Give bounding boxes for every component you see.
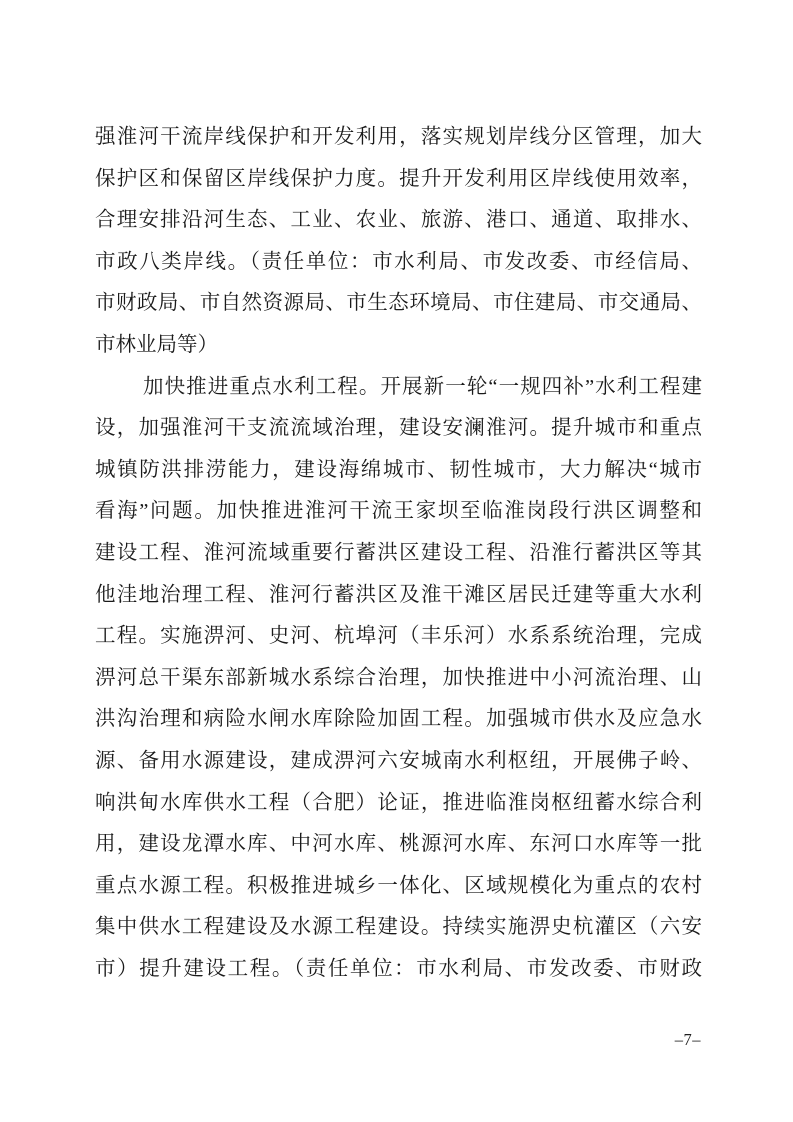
text-line: 淠河总干渠东部新城水系综合治理，加快推进中小河流治理、山 [95, 658, 702, 700]
text-line: 看海”问题。加快推进淮河干流王家坝至临淮岗段行洪区调整和 [95, 491, 702, 533]
text-line: 用，建设龙潭水库、中河水库、桃源河水库、东河口水库等一批 [95, 824, 702, 866]
text-line: 加快推进重点水利工程。开展新一轮“一规四补”水利工程建 [95, 367, 702, 409]
paragraph: 强淮河干流岸线保护和开发利用，落实规划岸线分区管理，加大保护区和保留区岸线保护力… [95, 117, 702, 367]
text-line: 市政八类岸线。（责任单位：市水利局、市发改委、市经信局、 [95, 242, 702, 284]
text-line: 强淮河干流岸线保护和开发利用，落实规划岸线分区管理，加大 [95, 117, 702, 159]
text-line: 合理安排沿河生态、工业、农业、旅游、港口、通道、取排水、 [95, 200, 702, 242]
text-line: 保护区和保留区岸线保护力度。提升开发利用区岸线使用效率， [95, 159, 702, 201]
text-line: 集中供水工程建设及水源工程建设。持续实施淠史杭灌区（六安 [95, 907, 702, 949]
document-page: 强淮河干流岸线保护和开发利用，落实规划岸线分区管理，加大保护区和保留区岸线保护力… [0, 0, 793, 1122]
text-line: 市财政局、市自然资源局、市生态环境局、市住建局、市交通局、 [95, 283, 702, 325]
text-line: 他洼地治理工程、淮河行蓄洪区及淮干滩区居民迁建等重大水利 [95, 575, 702, 617]
text-line: 重点水源工程。积极推进城乡一体化、区域规模化为重点的农村 [95, 866, 702, 908]
text-line: 城镇防洪排涝能力，建设海绵城市、韧性城市，大力解决“城市 [95, 450, 702, 492]
text-line: 洪沟治理和病险水闸水库除险加固工程。加强城市供水及应急水 [95, 699, 702, 741]
page-number: –7– [675, 1029, 701, 1051]
text-line: 源、备用水源建设，建成淠河六安城南水利枢纽，开展佛子岭、 [95, 741, 702, 783]
text-line: 响洪甸水库供水工程（合肥）论证，推进临淮岗枢纽蓄水综合利 [95, 783, 702, 825]
text-line: 建设工程、淮河流域重要行蓄洪区建设工程、沿淮行蓄洪区等其 [95, 533, 702, 575]
text-line: 设，加强淮河干支流流域治理，建设安澜淮河。提升城市和重点 [95, 408, 702, 450]
text-line: 市）提升建设工程。（责任单位：市水利局、市发改委、市财政 [95, 949, 702, 991]
text-line: 工程。实施淠河、史河、杭埠河（丰乐河）水系系统治理，完成 [95, 616, 702, 658]
document-body: 强淮河干流岸线保护和开发利用，落实规划岸线分区管理，加大保护区和保留区岸线保护力… [95, 117, 702, 990]
text-line: 市林业局等） [95, 325, 702, 367]
paragraph: 加快推进重点水利工程。开展新一轮“一规四补”水利工程建设，加强淮河干支流流域治理… [95, 367, 702, 991]
